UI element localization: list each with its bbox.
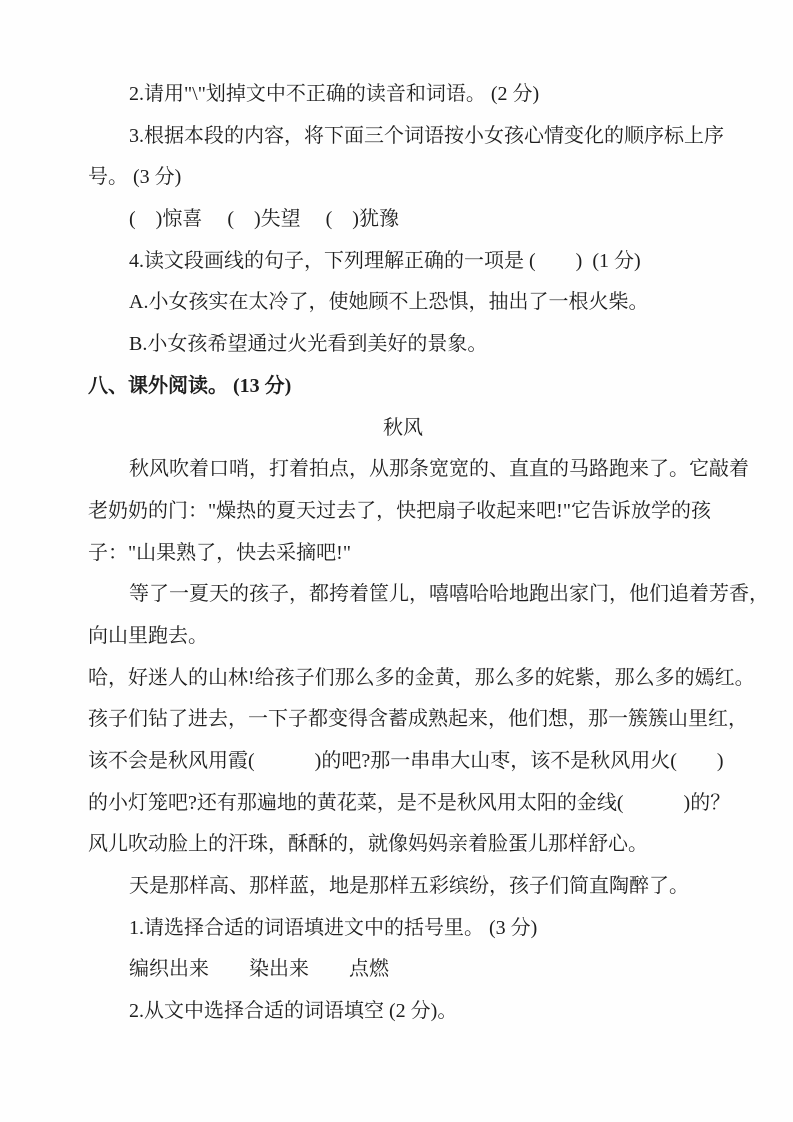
- passage-p2-line-1: 等了一夏天的孩子，都挎着筐儿，嘻嘻哈哈地跑出家门，他们追着芳香，: [88, 574, 718, 616]
- section-8-heading: 八、课外阅读。 (13 分): [88, 366, 718, 408]
- document-content: 2.请用"\"划掉文中不正确的读音和词语。 (2 分) 3.根据本段的内容，将下…: [88, 74, 718, 1033]
- passage-p1-line-1: 秋风吹着口哨，打着拍点，从那条宽宽的、直直的马路跑来了。它敲着: [88, 449, 718, 491]
- sub-question-1: 1.请选择合适的词语填进文中的括号里。 (3 分): [88, 908, 718, 950]
- sub-question-2: 2.从文中选择合适的词语填空 (2 分)。: [88, 991, 718, 1033]
- passage-p3-line-2: 孩子们钻了进去，一下子都变得含蓄成熟起来，他们想，那一簇簇山里红，: [88, 699, 718, 741]
- question-3-line-2: 号。 (3 分): [88, 157, 718, 199]
- passage-p3-line-5: 风儿吹动脸上的汗珠，酥酥的，就像妈妈亲着脸蛋儿那样舒心。: [88, 824, 718, 866]
- question-4-option-a: A.小女孩实在太冷了，使她顾不上恐惧，抽出了一根火柴。: [88, 282, 718, 324]
- passage-p2-line-2: 向山里跑去。: [88, 616, 718, 658]
- passage-p4-line-1: 天是那样高、那样蓝，地是那样五彩缤纷，孩子们简直陶醉了。: [88, 866, 718, 908]
- passage-title: 秋风: [88, 408, 718, 450]
- word-bank: 编织出来 染出来 点燃: [88, 949, 718, 991]
- passage-p3-line-1: 哈，好迷人的山林!给孩子们那么多的金黄，那么多的姹紫，那么多的嫣红。: [88, 658, 718, 700]
- question-4: 4.读文段画线的句子，下列理解正确的一项是 ( ) (1 分): [88, 241, 718, 283]
- passage-p3-line-3: 该不会是秋风用霞( )的吧?那一串串大山枣，该不是秋风用火( ): [88, 741, 718, 783]
- worksheet-page: 2.请用"\"划掉文中不正确的读音和词语。 (2 分) 3.根据本段的内容，将下…: [0, 0, 793, 1122]
- question-2: 2.请用"\"划掉文中不正确的读音和词语。 (2 分): [88, 74, 718, 116]
- question-3-choices: ( )惊喜 ( )失望 ( )犹豫: [88, 199, 718, 241]
- passage-p1-line-2: 老奶奶的门："燥热的夏天过去了，快把扇子收起来吧!"它告诉放学的孩: [88, 491, 718, 533]
- passage-p1-line-3: 子："山果熟了，快去采摘吧!": [88, 533, 718, 575]
- passage-p3-line-4: 的小灯笼吧?还有那遍地的黄花菜，是不是秋风用太阳的金线( )的？: [88, 783, 718, 825]
- question-3-line-1: 3.根据本段的内容，将下面三个词语按小女孩心情变化的顺序标上序: [88, 116, 718, 158]
- question-4-option-b: B.小女孩希望通过火光看到美好的景象。: [88, 324, 718, 366]
